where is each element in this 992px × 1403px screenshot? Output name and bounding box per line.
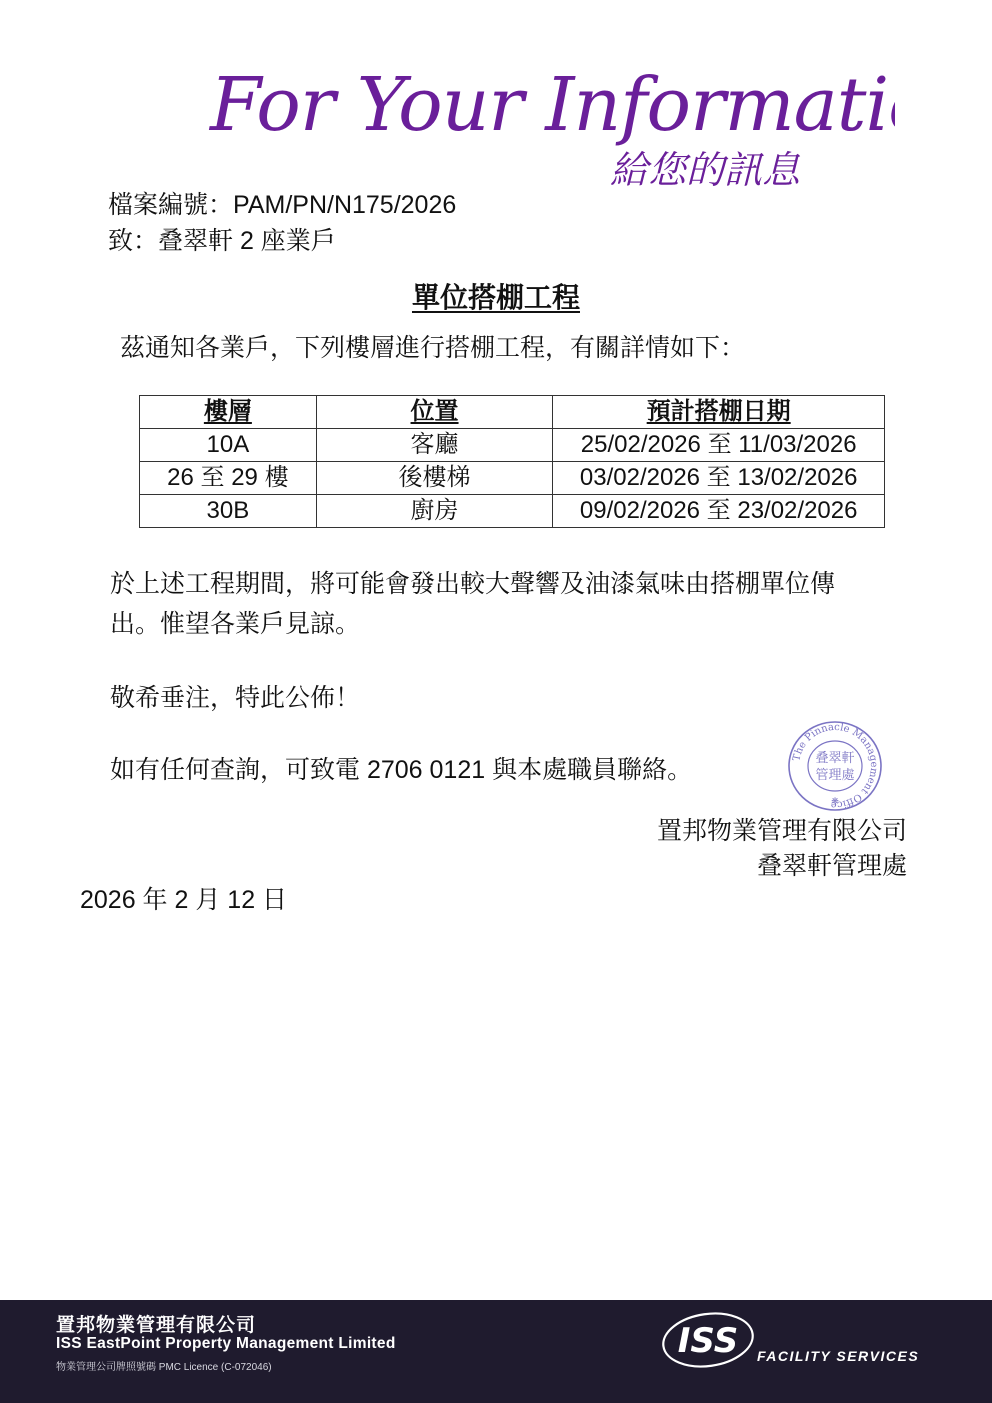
scaffolding-schedule-table: 樓層 位置 預計搭棚日期 10A 客廳 25/02/2026 至 11/03/2…	[139, 395, 885, 528]
header-date: 預計搭棚日期	[553, 396, 885, 429]
cell-date: 09/02/2026 至 23/02/2026	[553, 495, 885, 528]
recipient: 致：叠翠軒 2 座業戶	[108, 225, 336, 257]
brand-script-logo: For Your Information 給您的訊息	[205, 55, 895, 195]
header-location: 位置	[316, 396, 553, 429]
paragraph-line: 於上述工程期間，將可能會發出較大聲響及油漆氣味由搭棚單位傳	[110, 564, 900, 604]
svg-text:叠翠軒: 叠翠軒	[815, 750, 854, 766]
cell-location: 後樓梯	[316, 462, 553, 495]
header-floor-label: 樓層	[204, 398, 252, 425]
signature-company: 置邦物業管理有限公司	[657, 814, 907, 848]
notice-title: 單位搭棚工程	[0, 276, 992, 316]
paragraph-line: 出。惟望各業戶見諒。	[110, 604, 900, 644]
table-row: 30B 廚房 09/02/2026 至 23/02/2026	[140, 495, 885, 528]
cell-location: 廚房	[316, 495, 553, 528]
footer-banner: 置邦物業管理有限公司 ISS EastPoint Property Manage…	[0, 1300, 992, 1403]
iss-logo-icon: ISS	[660, 1310, 758, 1368]
notice-paragraph-attention: 敬希垂注，特此公佈！	[110, 678, 900, 718]
table-header-row: 樓層 位置 預計搭棚日期	[140, 396, 885, 429]
intro-text: 茲通知各業戶，下列樓層進行搭棚工程，有關詳情如下：	[120, 332, 745, 364]
footer-tagline: FACILITY SERVICES	[757, 1348, 919, 1364]
stamp-seal-icon: The Pinnacle Management Office 叠翠軒 管理處 ❋	[786, 720, 884, 812]
cell-floor: 10A	[140, 429, 317, 462]
header-date-label: 預計搭棚日期	[647, 398, 791, 425]
header-floor: 樓層	[140, 396, 317, 429]
table-row: 26 至 29 樓 後樓梯 03/02/2026 至 13/02/2026	[140, 462, 885, 495]
notice-paragraph-enquiry: 如有任何查詢，可致電 2706 0121 與本處職員聯絡。	[110, 750, 900, 790]
management-office-stamp: The Pinnacle Management Office 叠翠軒 管理處 ❋	[786, 720, 884, 812]
brand-script-en: For Your Information	[208, 62, 895, 148]
cell-location: 客廳	[316, 429, 553, 462]
footer-company-en: ISS EastPoint Property Management Limite…	[56, 1335, 396, 1353]
header-location-label: 位置	[411, 398, 459, 425]
footer-licence: 物業管理公司牌照號碼 PMC Licence (C-072046)	[56, 1358, 272, 1373]
svg-text:❋: ❋	[831, 796, 839, 806]
notice-date: 2026 年 2 月 12 日	[80, 884, 287, 916]
brand-script-zh: 給您的訊息	[610, 148, 802, 192]
svg-text:管理處: 管理處	[815, 767, 854, 783]
svg-text:ISS: ISS	[678, 1321, 738, 1361]
footer-company-zh: 置邦物業管理有限公司	[56, 1310, 256, 1337]
for-your-information-banner: For Your Information 給您的訊息	[205, 55, 895, 195]
notice-paragraph-noise: 於上述工程期間，將可能會發出較大聲響及油漆氣味由搭棚單位傳 出。惟望各業戶見諒。	[110, 564, 900, 644]
table-row: 10A 客廳 25/02/2026 至 11/03/2026	[140, 429, 885, 462]
cell-date: 25/02/2026 至 11/03/2026	[553, 429, 885, 462]
signature-office: 叠翠軒管理處	[757, 849, 907, 883]
notice-title-text: 單位搭棚工程	[412, 282, 580, 313]
cell-floor: 30B	[140, 495, 317, 528]
file-reference: 檔案編號：PAM/PN/N175/2026	[108, 189, 456, 221]
cell-date: 03/02/2026 至 13/02/2026	[553, 462, 885, 495]
cell-floor: 26 至 29 樓	[140, 462, 317, 495]
